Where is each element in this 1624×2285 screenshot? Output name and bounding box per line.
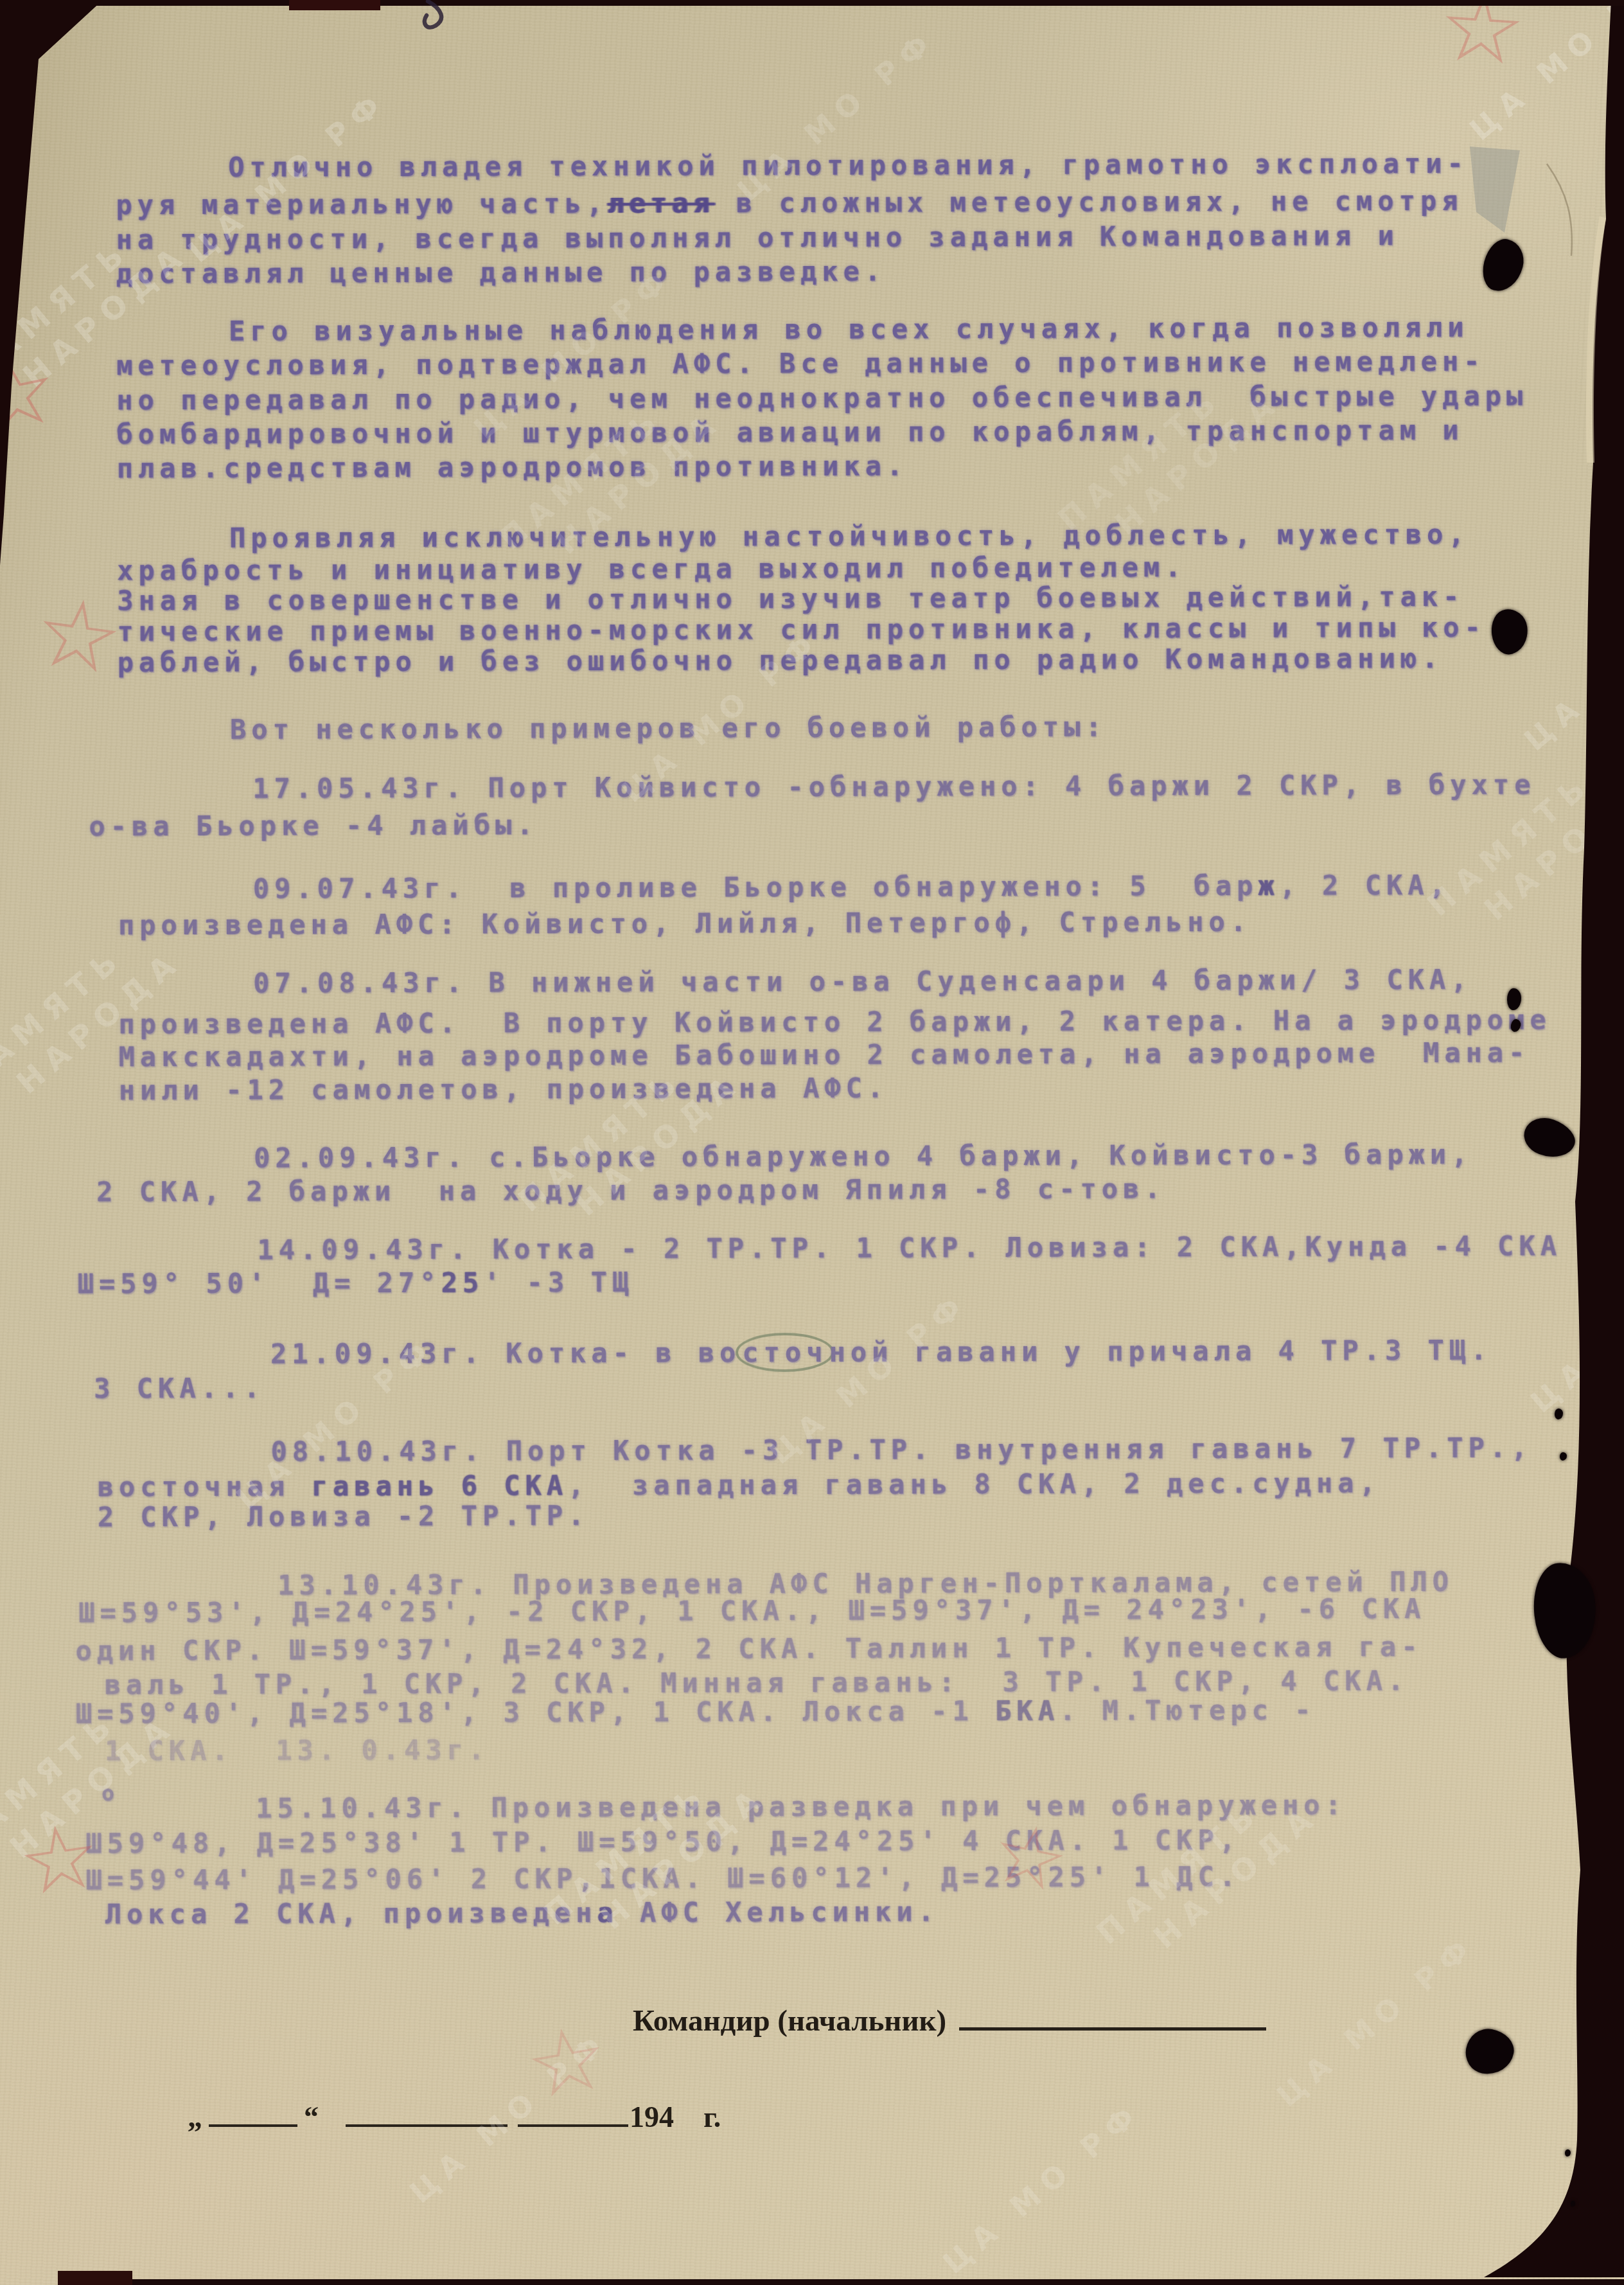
typed-line: Ш59°48, Д=25°38' 1 ТР. Ш=59°50, Д=24°25'… (85, 1824, 1240, 1860)
typed-line: 2 СКР, Ловиза -2 ТР.ТР. (98, 1500, 590, 1533)
year-suffix: г. (703, 2100, 721, 2134)
typed-line: Вот несколько примеров его боевой работы… (230, 711, 1107, 745)
typed-text: . М.Тютерс - (1059, 1694, 1316, 1727)
date-blank-month (346, 2104, 507, 2127)
typed-text: восточная (98, 1470, 312, 1502)
typed-line: о-ва Бьорке -4 лайбы. (89, 809, 538, 842)
typed-line: 21.09.43г. Котка- в восточной гавани у п… (270, 1335, 1492, 1370)
typed-line: раблей, быстро и без ошибочно передавал … (118, 643, 1443, 678)
typed-line: 02.09.43г. с.Бьорке обнаружено 4 баржи, … (254, 1139, 1472, 1174)
typed-line: 09.07.43г. в проливе Бьорке обнаружено: … (253, 869, 1451, 905)
typed-text: Локса 2 СКА, произведен (105, 1897, 597, 1930)
typed-line: 14.09.43г. Котка - 2 ТР.ТР. 1 СКР. Ловиз… (257, 1230, 1562, 1265)
typed-line: Ш=59° 50' Д= 27°25' -3 ТЩ (78, 1267, 634, 1300)
signature-line (959, 2005, 1266, 2031)
typed-line: восточная гавань 6 СКА, западная гавань … (98, 1467, 1381, 1502)
typed-text: ной гавани у причала 4 ТР.3 ТЩ. (829, 1335, 1492, 1368)
typed-line: произведена АФС. В порту Койвисто 2 барж… (118, 1004, 1551, 1040)
typed-line: храбрость и инициативу всегда выходил по… (117, 551, 1186, 586)
typed-line: 17.05.43г. Порт Койвисто -обнаружено: 4 … (252, 769, 1535, 804)
typed-text: 25 (441, 1267, 484, 1299)
date-blank-year (518, 2104, 628, 2127)
typed-line: на трудности, всегда выполнял отлично за… (116, 220, 1399, 255)
typed-text: Ш=59° 50' Д= 27° (78, 1267, 441, 1300)
typed-text: а (597, 1897, 618, 1928)
open-quote: „ (188, 2100, 202, 2134)
typed-line: 1 СКА. 13. 0.43г. (105, 1734, 490, 1767)
typed-text: руя материальную часть, (116, 188, 608, 220)
typed-line: Зная в совершенстве и отлично изучив теа… (117, 581, 1464, 617)
close-quote: “ (304, 2100, 319, 2134)
typed-line: тические приемы военно-морских сил проти… (117, 612, 1485, 648)
typed-line: 15.10.43г. Произведена разведка при чем … (256, 1789, 1346, 1824)
typed-text: , западная гавань 8 СКА, 2 дес.судна, (568, 1467, 1381, 1501)
typed-line: Ш=59°44' Д=25°06' 2 СКР,1СКА. Ш=60°12', … (86, 1861, 1241, 1896)
typed-line: плав.средствам аэродромов противника. (117, 450, 908, 485)
typed-line: Отлично владея техникой пилотирования, г… (228, 148, 1469, 183)
typed-text-layer: Отлично владея техникой пилотирования, г… (0, 0, 1624, 2285)
typed-line: Его визуальные наблюдения во всех случая… (229, 312, 1469, 347)
typed-text: ' -3 ТЩ (484, 1267, 633, 1299)
typed-line: о (101, 1781, 119, 1806)
typed-line: 2 СКА, 2 баржи на ходу и аэродром Япиля … (96, 1173, 1165, 1207)
typed-line: Проявляя исключительную настойчивость, д… (229, 519, 1470, 554)
typed-line: руя материальную часть,летая в сложных м… (116, 185, 1463, 221)
typed-text: 09.07.43г. в проливе Бьорке обнаружено: … (253, 870, 1258, 905)
typed-line: 3 СКА... (94, 1373, 265, 1405)
typed-text: БКА (995, 1695, 1059, 1727)
typed-line: Макскадахти, на аэродроме Бабошино 2 сам… (118, 1036, 1530, 1072)
typed-line: доставлял ценные данные по разведке. (116, 256, 886, 290)
typed-text: 21.09.43г. Котка- в во (270, 1337, 741, 1369)
typed-text: сточ (736, 1333, 834, 1372)
typed-text: в сложных метеоусловиях, не смотря (714, 185, 1463, 219)
typed-line: 07.08.43г. В нижней части о-ва Суденсаар… (253, 964, 1472, 999)
typed-line: нили -12 самолетов, произведена АФС. (119, 1072, 888, 1107)
typed-line: но передавал по радио, чем неоднократно … (116, 380, 1528, 416)
typed-text: ж (1258, 870, 1279, 902)
typed-line: 08.10.43г. Порт Котка -3 ТР.ТР. внутренн… (270, 1432, 1532, 1467)
date-blank-day (209, 2104, 297, 2127)
typed-line: один СКР. Ш=59°37', Д=24°32, 2 СКА. Талл… (75, 1631, 1422, 1667)
document-page: Отлично владея техникой пилотирования, г… (0, 0, 1624, 2285)
typed-text: Ш=59°40', Д=25°18', 3 СКР, 1 СКА. Локса … (76, 1695, 995, 1729)
typed-line: метеоусловия, подтверждал АФС. Все данны… (116, 346, 1485, 382)
commander-label: Командир (начальник) (633, 2004, 946, 2038)
typed-line: Ш=59°40', Д=25°18', 3 СКР, 1 СКА. Локса … (76, 1694, 1316, 1730)
typed-text: гавань 6 СКА (311, 1470, 568, 1502)
typed-line: Локса 2 СКА, произведена АФС Хельсинки. (105, 1896, 939, 1930)
date-line: „ “ 194 г. (188, 2100, 721, 2134)
typed-line: Ш=59°53', Д=24°25', -2 СКР, 1 СКА., Ш=59… (78, 1593, 1425, 1629)
commander-signature-row: Командир (начальник) (633, 2004, 1266, 2038)
typed-line: произведена АФС: Койвисто, Лийля, Петерг… (118, 906, 1251, 941)
typed-text: АФС Хельсинки. (619, 1896, 939, 1928)
typed-text: летая (608, 187, 715, 219)
typed-line: бомбардировочной и штурмовой авиации по … (116, 414, 1463, 450)
typed-text: , 2 СКА, (1279, 869, 1450, 902)
year-prefix: 194 (630, 2100, 674, 2134)
